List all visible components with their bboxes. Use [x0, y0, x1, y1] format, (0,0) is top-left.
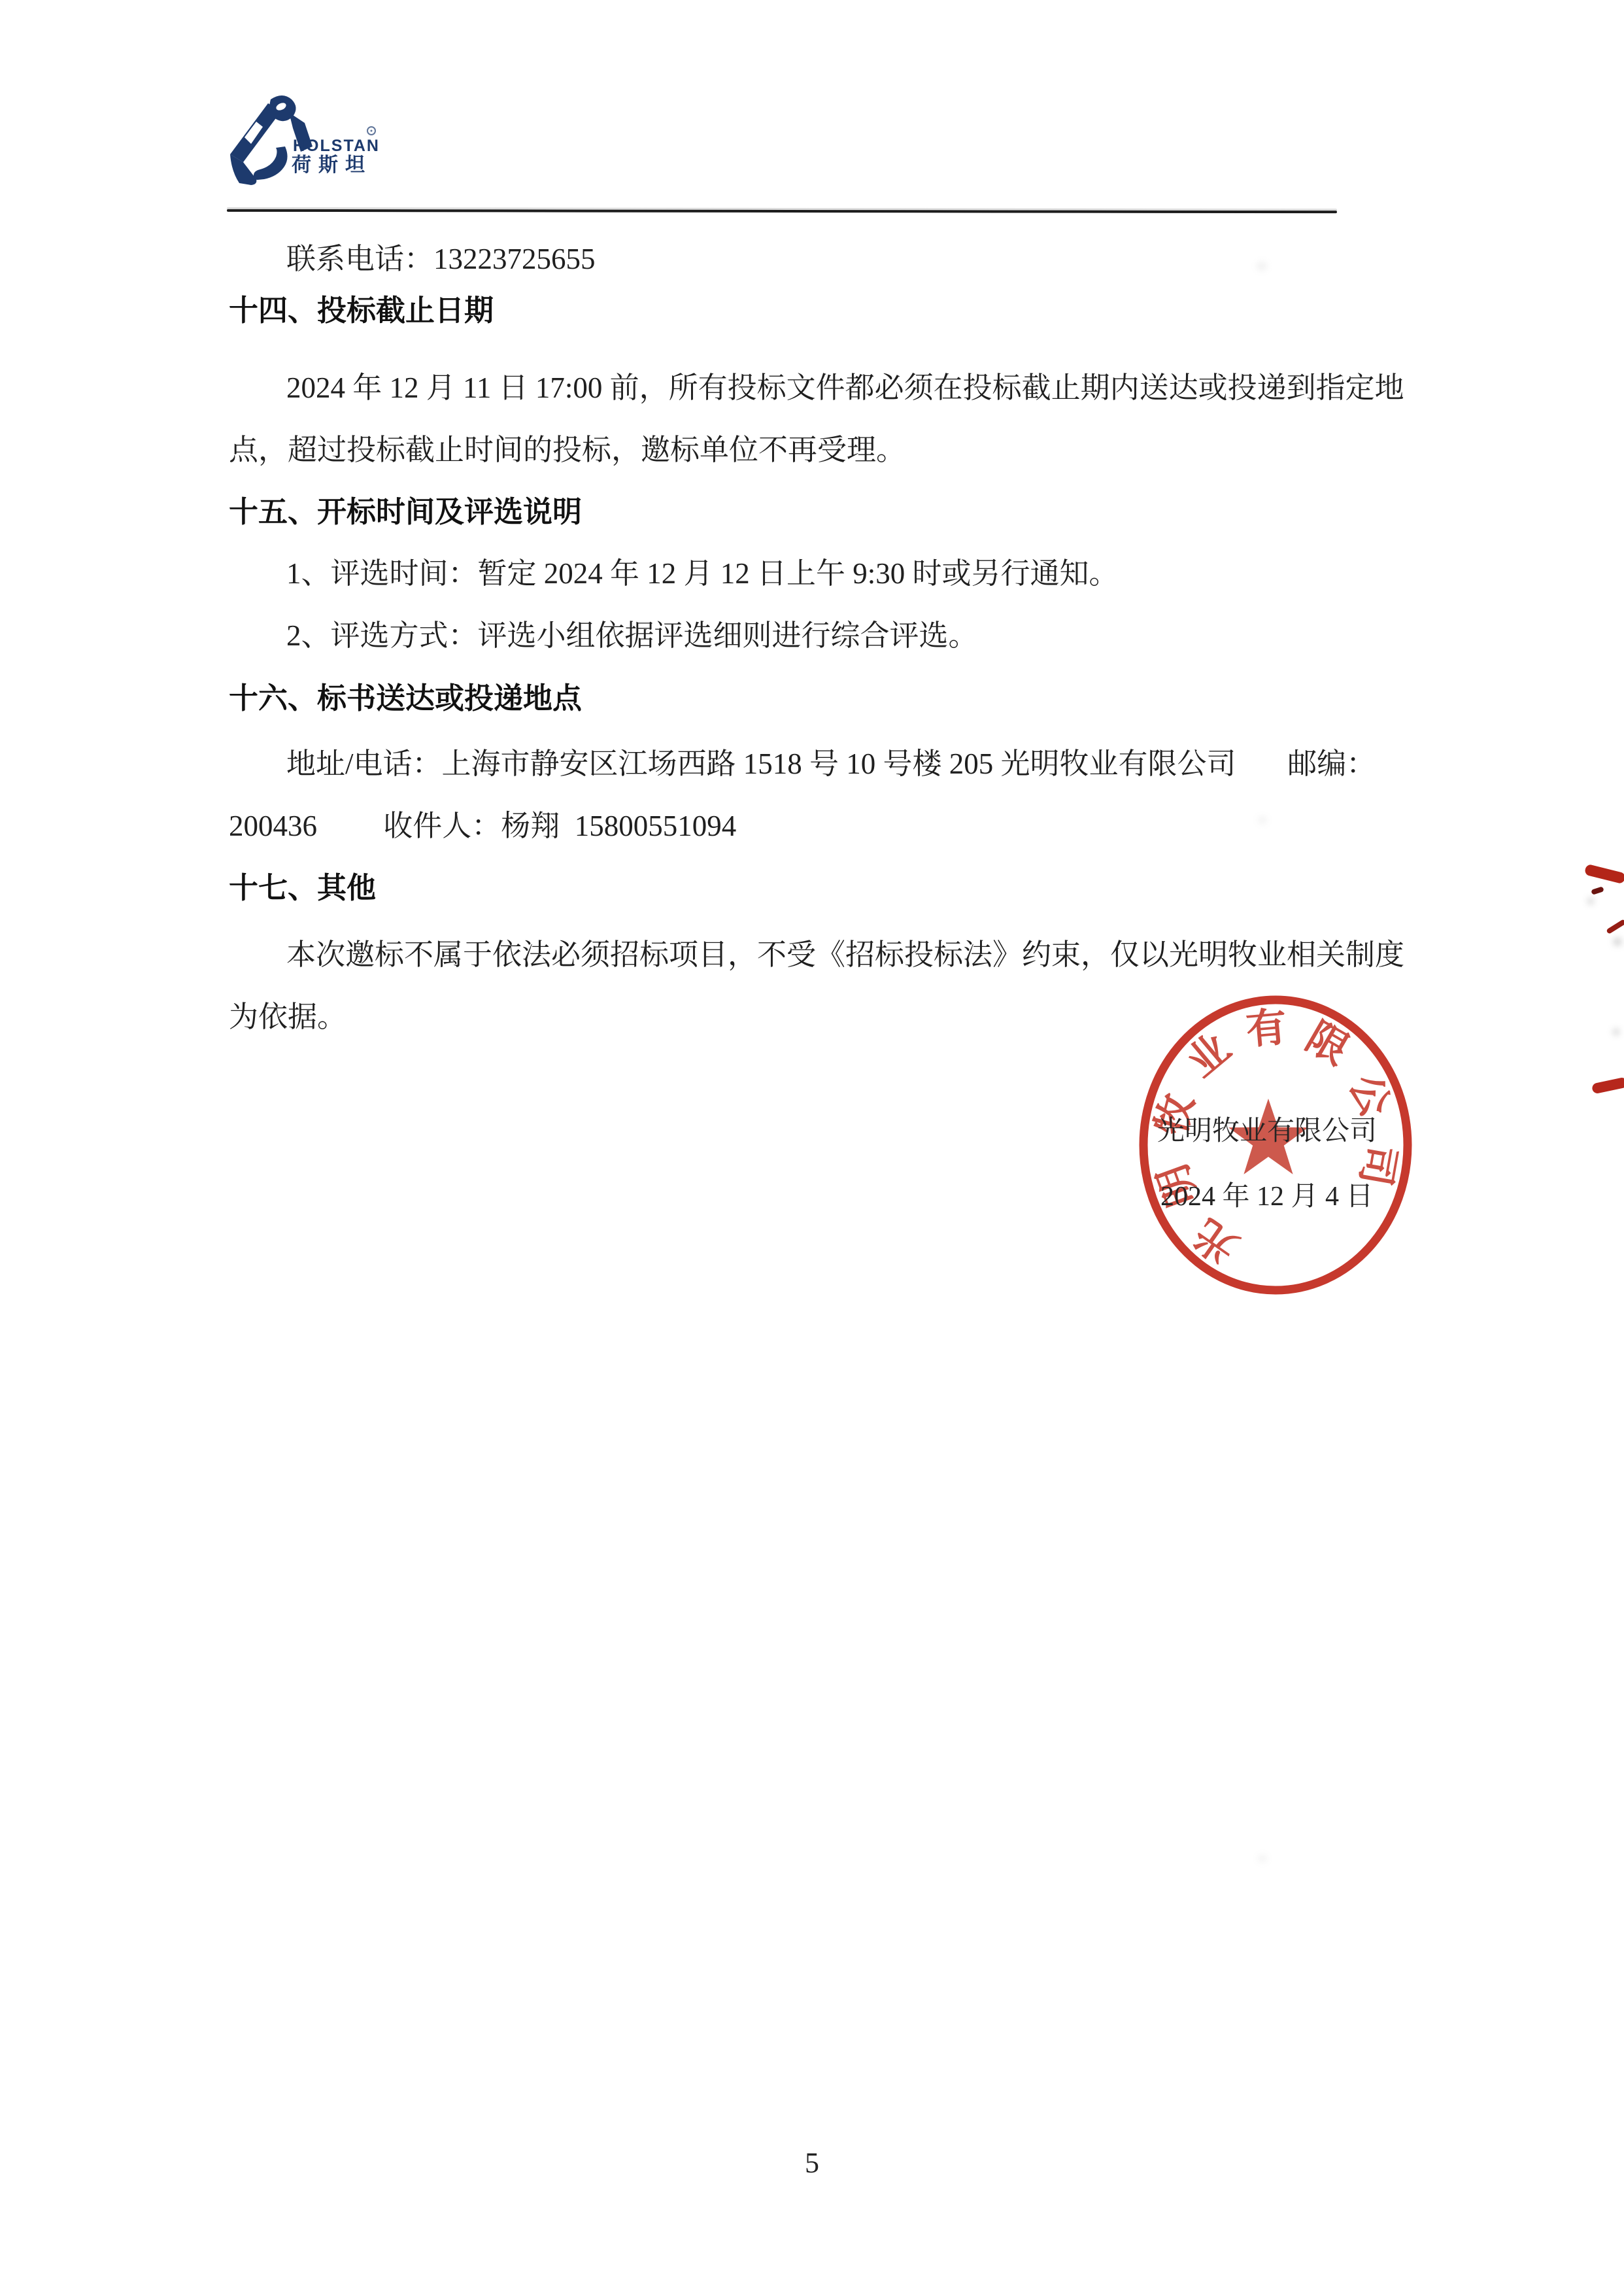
scan-smudge [1614, 938, 1621, 946]
logo-brand-cjk: 荷斯坦 [292, 154, 372, 176]
seal-ring-char: 有 [1244, 1004, 1289, 1053]
section-14: 十四、投标截止日期 [229, 279, 1419, 341]
section-15-list: 1、评选时间：暂定 2024 年 12 月 12 日上午 9:30 时或另行通知… [229, 543, 1419, 667]
red-ink-mark [1584, 864, 1624, 884]
body-line: 本次邀标不属于依法必须招标项目，不受《招标投标法》约束，仅以光明牧业相关制度 [229, 924, 1419, 986]
list-item-2: 2、评选方式：评选小组依据评选细则进行综合评选。 [229, 605, 1419, 667]
section-16-heading: 十六、标书送达或投递地点 [229, 667, 1419, 729]
signature-company-name: 光明牧业有限公司 [1157, 1113, 1377, 1150]
holstan-logo: HOLSTAN 荷斯坦 [221, 89, 384, 187]
body-line: 点，超过投标截止时间的投标，邀标单位不再受理。 [229, 419, 1419, 481]
section-15-heading: 十五、开标时间及评选说明 [229, 481, 1419, 543]
section-14-heading: 十四、投标截止日期 [229, 279, 1419, 341]
section-17-heading: 十七、其他 [229, 857, 1419, 919]
scan-smudge [1257, 262, 1267, 271]
section-17: 十七、其他 [229, 857, 1419, 919]
logo-brand-latin: HOLSTAN [293, 137, 380, 155]
section-16: 十六、标书送达或投递地点 [229, 667, 1419, 729]
section-16-paragraph: 地址/电话：上海市静安区江场西路 1518 号 10 号楼 205 光明牧业有限… [229, 733, 1419, 857]
header-divider-line [227, 209, 1337, 213]
section-14-paragraph: 2024 年 12 月 11 日 17:00 前，所有投标文件都必须在投标截止期… [229, 357, 1419, 481]
body-line: 200436 收件人：杨翔 15800551094 [229, 795, 1419, 857]
scan-smudge [1258, 816, 1267, 824]
scan-smudge [1613, 1029, 1619, 1035]
body-line: 地址/电话：上海市静安区江场西路 1518 号 10 号楼 205 光明牧业有限… [229, 733, 1419, 795]
scan-smudge [1258, 1855, 1267, 1862]
page-number: 5 [0, 2146, 1624, 2180]
scan-smudge [1587, 898, 1594, 904]
scanned-document-page: { "logo": { "brand_latin": "HOLSTAN", "b… [0, 0, 1624, 2294]
red-ink-mark [1591, 886, 1604, 895]
red-ink-mark [1591, 1077, 1624, 1095]
red-ink-mark [1606, 919, 1624, 934]
section-15: 十五、开标时间及评选说明 [229, 481, 1419, 543]
body-line: 2024 年 12 月 11 日 17:00 前，所有投标文件都必须在投标截止期… [229, 357, 1419, 419]
signature-date: 2024 年 12 月 4 日 [1160, 1178, 1374, 1215]
list-item-1: 1、评选时间：暂定 2024 年 12 月 12 日上午 9:30 时或另行通知… [229, 543, 1419, 605]
